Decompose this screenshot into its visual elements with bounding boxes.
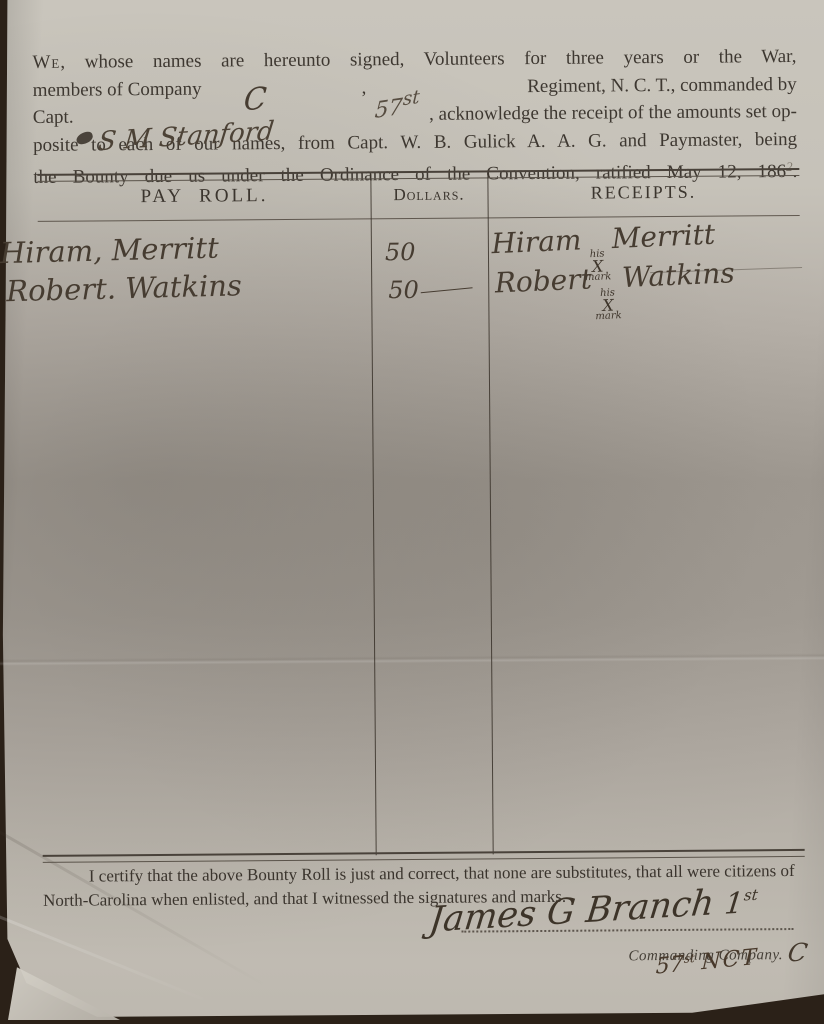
regiment-suffix: st bbox=[402, 86, 420, 110]
table-row-2-receipt-signature: RoberthisXmarkWatkins bbox=[494, 256, 736, 326]
signature-suffix: 1 bbox=[723, 885, 745, 920]
company-blank: C bbox=[202, 93, 362, 94]
table-row-1-dollars: 50 bbox=[385, 238, 416, 266]
intro-line-3-pre: Capt. bbox=[33, 104, 74, 132]
document-content: We, whose names are hereunto signed, Vol… bbox=[0, 0, 824, 1024]
column-header-pay-roll: PAY ROLL. bbox=[39, 184, 369, 209]
dollars-flourish bbox=[420, 287, 472, 293]
receipt-first-name: Hiram bbox=[491, 223, 582, 260]
regiment-suffix-bottom: st bbox=[684, 951, 696, 966]
table-row-2-payroll-name: Robert. Watkins bbox=[6, 268, 242, 308]
table-row-1-payroll-name: Hiram, Merritt bbox=[0, 231, 219, 271]
mark-word-mark: mark bbox=[595, 312, 622, 322]
his-x-mark: hisXmark bbox=[594, 289, 622, 321]
company-letter-handwriting-bottom: C bbox=[785, 938, 810, 967]
column-header-dollars: Dollars. bbox=[371, 184, 486, 205]
scanned-document-photo: We, whose names are hereunto signed, Vol… bbox=[0, 0, 824, 1024]
receipt-last-name: Merritt bbox=[611, 218, 716, 255]
receipt-last-name: Watkins bbox=[621, 256, 735, 294]
captain-blank: S M Stanford bbox=[74, 121, 316, 123]
intro-line-2-post: Regiment, N. C. T., commanded by bbox=[527, 71, 797, 101]
intro-line-2-pre: members of Company bbox=[33, 75, 202, 104]
regiment-number-bottom: 57 bbox=[655, 952, 684, 980]
dollars-value: 50 bbox=[388, 276, 419, 304]
intro-line-1-text: , whose names are hereunto signed, Volun… bbox=[60, 46, 796, 73]
table-row-2-dollars: 50 bbox=[388, 276, 473, 305]
intro-lead-we: We bbox=[32, 52, 60, 73]
intro-line-3-post: , acknowledge the receipt of the amounts… bbox=[429, 98, 797, 128]
company-letter-handwriting: C bbox=[243, 84, 268, 115]
signature-suffix-superscript: st bbox=[743, 886, 759, 905]
intro-line-2-comma: , bbox=[361, 74, 366, 102]
table-column-divider-1 bbox=[370, 174, 376, 855]
receipt-first-name: Robert bbox=[494, 262, 592, 299]
corps-abbreviation: NCT bbox=[701, 945, 759, 976]
regiment-number: 57 bbox=[374, 94, 403, 124]
regiment-number-handwriting: 57st bbox=[374, 83, 421, 125]
regiment-blank: 57st bbox=[366, 92, 478, 93]
column-header-receipts: RECEIPTS. bbox=[488, 181, 798, 204]
